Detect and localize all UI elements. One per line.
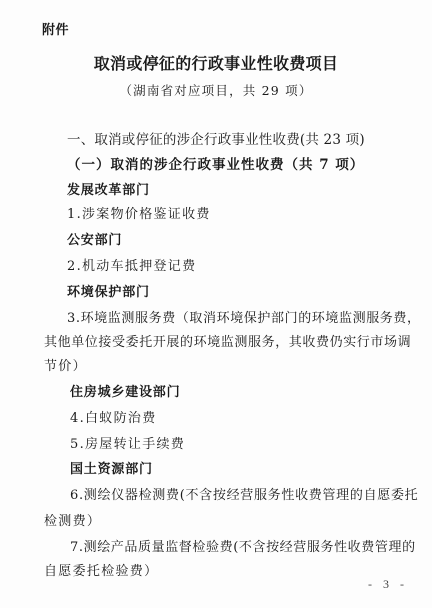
fee-item-line: 检测费） <box>44 513 101 531</box>
fee-item-line: 其他单位接受委托开展的环境监测服务，其收费仍实行市场调 <box>44 334 411 352</box>
subsection-heading-1: （一）取消的涉企行政事业性收费（共 7 项） <box>67 156 364 174</box>
department-heading: 发展改革部门 <box>67 182 150 200</box>
department-heading: 环境保护部门 <box>67 284 150 302</box>
section-heading-1: 一、取消或停征的涉企行政事业性收费(共 23 项) <box>67 131 365 149</box>
department-heading: 公安部门 <box>67 232 122 250</box>
document-title: 取消或停征的行政事业性收费项目 <box>0 55 432 73</box>
fee-item: 2.机动车抵押登记费 <box>67 258 196 276</box>
document-page: 附件 取消或停征的行政事业性收费项目 （湖南省对应项目，共 29 项） 一、取消… <box>0 0 432 608</box>
department-heading: 住房城乡建设部门 <box>70 384 180 402</box>
fee-item: 5.房屋转让手续费 <box>70 436 185 454</box>
department-heading: 国土资源部门 <box>70 461 153 479</box>
document-subtitle: （湖南省对应项目，共 29 项） <box>0 82 432 100</box>
fee-item: 4.白蚁防治费 <box>70 410 157 428</box>
fee-item-line: 3.环境监测服务费（取消环境保护部门的环境监测服务费， <box>67 310 421 328</box>
fee-item-line: 节价） <box>44 358 87 376</box>
page-number: - 3 - <box>368 577 408 592</box>
fee-item-line: 7.测绘产品质量监督检验费(不含按经营服务性收费管理的 <box>70 539 416 557</box>
attachment-label: 附件 <box>42 22 69 40</box>
fee-item-line: 自愿委托检验费） <box>44 563 158 581</box>
fee-item: 1.涉案物价格鉴证收费 <box>67 206 211 224</box>
fee-item-line: 6.测绘仪器检测费(不含按经营服务性收费管理的自愿委托 <box>70 487 418 505</box>
